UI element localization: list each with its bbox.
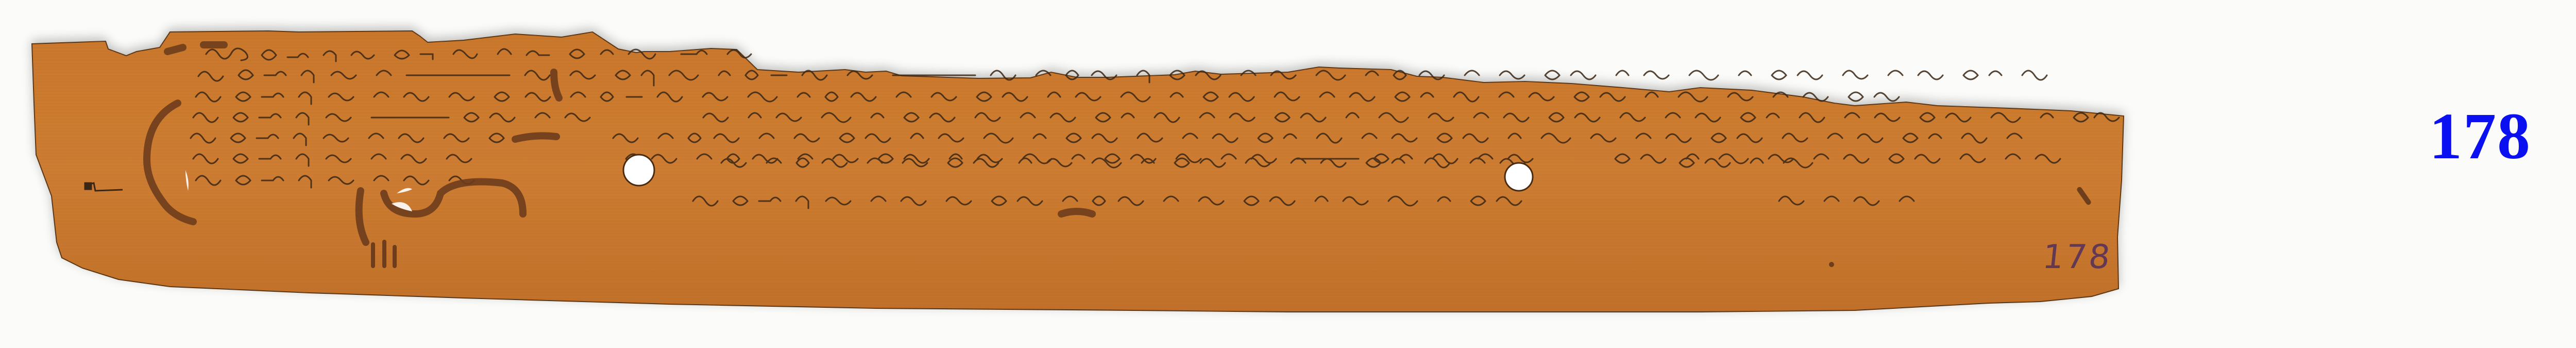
handwritten-folio-number: 178	[2041, 238, 2114, 276]
string-hole-left	[623, 155, 654, 186]
palm-leaf	[0, 0, 2576, 348]
string-hole-right	[1505, 163, 1533, 191]
manuscript-scan: 178 178	[0, 0, 2576, 348]
folio-number-label: 178	[2429, 103, 2531, 169]
